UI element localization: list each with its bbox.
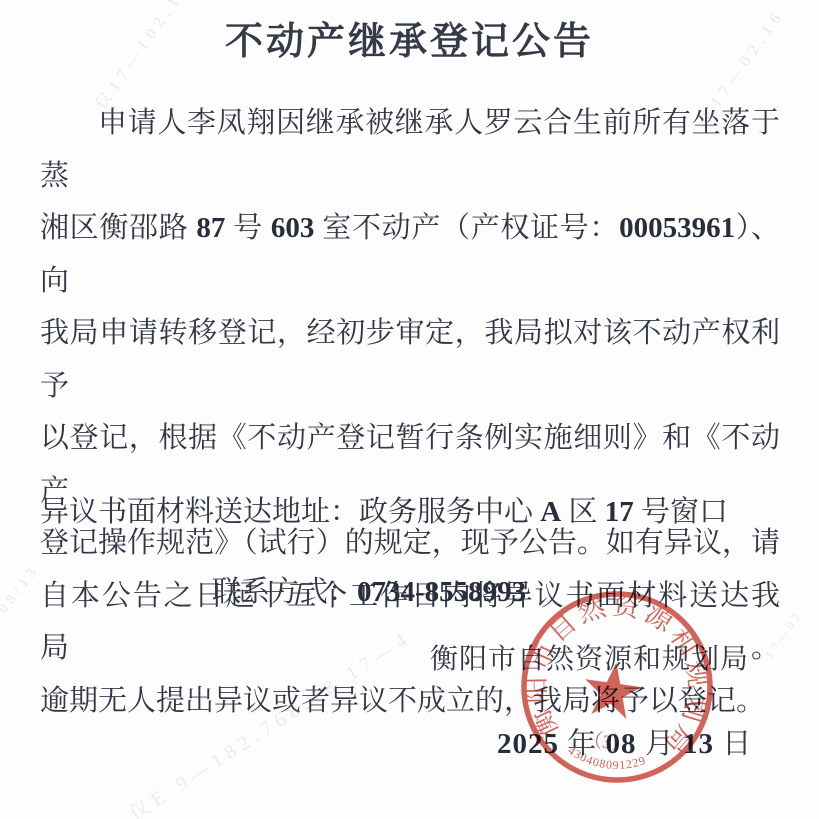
scanned-notice-page: 不动产继承登记公告 申请人李凤翔因继承被继承人罗云合生前所有坐落于蒸 湘区衡邵路…	[0, 0, 819, 819]
body-line: 逾期无人提出异议或者异议不成立的，我局将予以登记。	[40, 675, 780, 728]
delivery-address-line: 异议书面材料送达地址：政务服务中心 A 区 17 号窗口	[40, 489, 728, 530]
body-line: 申请人李凤翔因继承被继承人罗云合生前所有坐落于蒸	[40, 97, 780, 202]
notice-body: 申请人李凤翔因继承被继承人罗云合生前所有坐落于蒸 湘区衡邵路 87 号 603 …	[40, 97, 780, 727]
scan-artifact: 15/08/13	[0, 562, 44, 643]
body-line: 我局申请转移登记，经初步审定，我局拟对该不动产权利予	[40, 307, 780, 412]
body-line: 湘区衡邵路 87 号 603 室不动产（产权证号：00053961）、向	[40, 202, 780, 307]
issuer-signature: 衡阳市自然资源和规划局	[430, 637, 749, 677]
issue-date: 2025 年 08 月 13 日	[497, 721, 752, 762]
contact-line: 联系方式：0734-8558993	[212, 569, 526, 610]
